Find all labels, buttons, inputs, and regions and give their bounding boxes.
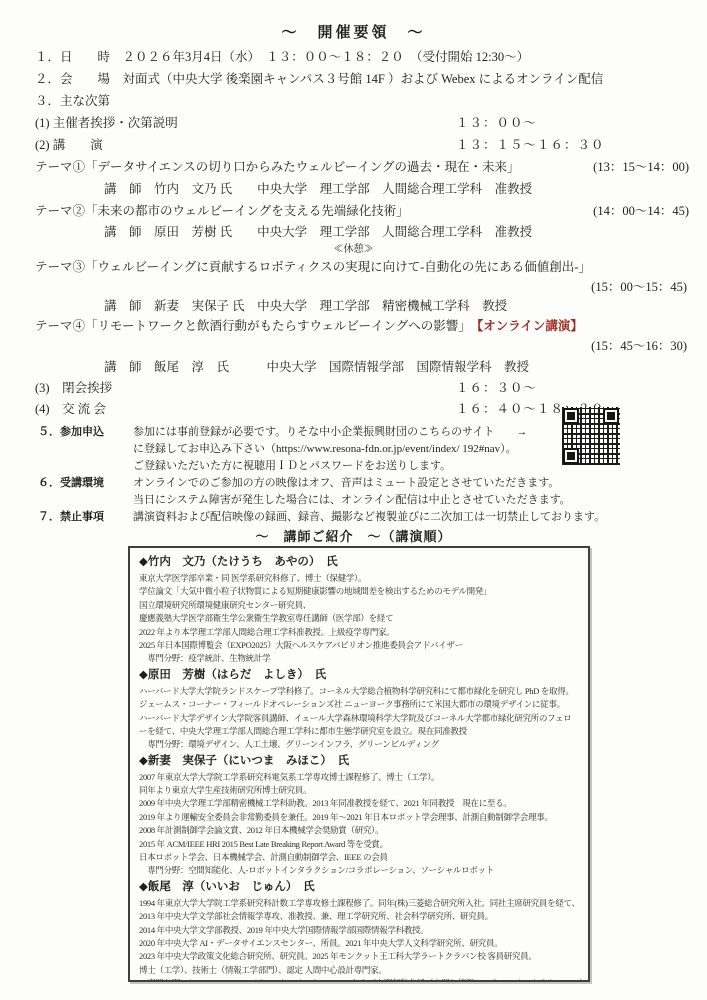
viewing-environment-label: ６．受講環境 bbox=[38, 475, 133, 492]
venue-row: ２．会 場 対面式（中央大学 後楽園キャンパス３号館 14F ）および Webe… bbox=[0, 68, 707, 90]
theme-2-row: テーマ②「未来の都市のウェルビーイングを支える先端緑化技術」 (14：00～14… bbox=[0, 200, 707, 222]
speaker-1-name: ◆竹内 文乃（たけうち あやの） 氏 bbox=[139, 553, 579, 572]
document-page: ～ 開催要領 ～ １．日 時 ２０２６年3月4日（水） １３：００～１８：２０ … bbox=[0, 0, 707, 1000]
speaker-1-bio-line: 専門分野：疫学統計、生物統計学 bbox=[139, 652, 579, 665]
page-title: ～ 開催要領 ～ bbox=[0, 0, 707, 46]
speaker-2-bio-line: ハーバード大学デザイン大学院客員講師、イェール大学森林環境科学大学院及びコーネル… bbox=[139, 712, 579, 725]
speaker-3-bio-line: 専門分野：空間知能化、人-ロボットインタラクション/コラボレーション、ソーシャル… bbox=[139, 864, 579, 877]
speaker-3-bio-line: 2015 年 ACM/IEEE HRI 2015 Best Late Break… bbox=[139, 838, 579, 851]
viewing-environment-note: ６．受講環境 オンラインでのご参加の方の映像はオフ、音声はミュート設定とさせてい… bbox=[0, 475, 707, 492]
speaker-4-bio-line: 専門分野：ヒューマン・コンピュータ・インタフェースおよび人間行動分析（人間と情報… bbox=[139, 977, 579, 982]
speaker-4-bio-line: 2023 年中央大学政策文化総合研究所、研究員。2025 年モンクット王工科大学… bbox=[139, 950, 579, 963]
speaker-1-bio-line: 2025 年日本国際博覧会（EXPO2025）大阪ヘルスケアパビリオン推進委員会… bbox=[139, 639, 579, 652]
venue-value: 対面式（中央大学 後楽園キャンパス３号館 14F ）および Webex によるオ… bbox=[123, 72, 604, 86]
speaker-bio-box: ◆竹内 文乃（たけうち あやの） 氏 東京大学医学部卒業・同 医学系研究科修了、… bbox=[128, 546, 590, 982]
speaker-2-bio-line: ハーバード大学大学院ランドスケープ学科修了。コーネル大学総合植物科学研究科にて都… bbox=[139, 685, 579, 698]
speaker-2-bio-line: 専門分野：環境デザイン、人工土壌、グリーンインフラ、グリーンビルディング bbox=[139, 738, 579, 751]
agenda-item-1-time: １３：００～ bbox=[456, 112, 537, 134]
speakers-heading-main: ～ 講師ご紹介 ～ bbox=[255, 529, 381, 544]
speaker-1-bio-line: 学位論文「大気中微小粒子状物質による短期健康影響の地域間差を検出するためのモデル… bbox=[139, 585, 579, 598]
prohibited-items-label: ７．禁止事項 bbox=[38, 509, 133, 526]
date-value: ２０２６年3月4日（水） １３：００～１８：２０ （受付開始 12:30～） bbox=[123, 50, 530, 64]
speaker-4-bio-line: 2020 年中央大学 AI・データサイエンスセンター、所員。2021 年中央大学… bbox=[139, 937, 579, 950]
speaker-3-bio-line: 同年より東京大学生産技術研究所博士研究員。 bbox=[139, 784, 579, 797]
theme-3-row: テーマ③「ウェルビーイングに貢献するロボティクスの実現に向けて-自動化の先にある… bbox=[0, 257, 707, 278]
theme-4-row: テーマ④「リモートワークと飲酒行動がもたらすウェルビーイングへの影響」 【オンラ… bbox=[0, 316, 707, 337]
speaker-3-bio-line: 2009 年中央大学理工学部精密機械工学科助教。2013 年同准教授を経て、20… bbox=[139, 797, 579, 810]
theme-1-row: テーマ①「データサイエンスの切り口からみたウェルビーイングの過去・現在・未来」 … bbox=[0, 156, 707, 178]
agenda-item-3-label: (3) 閉会挨拶 bbox=[35, 381, 112, 395]
date-label: １．日 時 bbox=[35, 50, 110, 64]
theme-2-time: (14：00～14：45) bbox=[593, 200, 689, 222]
theme-1-title: テーマ①「データサイエンスの切り口からみたウェルビーイングの過去・現在・未来」 bbox=[35, 160, 520, 174]
speaker-2-bio-line: ジェームス・コーナー・フィールドオペレーションズ社 ニューヨーク事務所にて米国大… bbox=[139, 698, 579, 711]
venue-label: ２．会 場 bbox=[35, 72, 110, 86]
agenda-item-3: (3) 閉会挨拶 １６：３０～ bbox=[0, 378, 707, 399]
date-row: １．日 時 ２０２６年3月4日（水） １３：００～１８：２０ （受付開始 12:… bbox=[0, 46, 707, 68]
agenda-heading: ３．主な次第 bbox=[0, 90, 707, 112]
agenda-item-4-label: (4) 交 流 会 bbox=[35, 402, 106, 416]
break-label: ≪休憩≫ bbox=[0, 243, 707, 257]
speaker-1-bio-line: 東京大学医学部卒業・同 医学系研究科修了、博士（保健学）。 bbox=[139, 572, 579, 585]
speaker-1-bio-line: 国立環境研究所環境健康研究センター研究員、 bbox=[139, 599, 579, 612]
speaker-4-bio-line: 2013 年中央大学文学部社会情報学専攻、准教授、兼、理工学研究所、社会科学研究… bbox=[139, 910, 579, 923]
qr-finder-icon bbox=[563, 448, 579, 464]
viewing-environment-line-1: オンラインでのご参加の方の映像はオフ、音声はミュート設定とさせていただきます。 bbox=[133, 475, 707, 492]
registration-qr-code-icon bbox=[562, 407, 620, 465]
speaker-4-bio-line: 1994 年東京大学大学院工学系研究科計数工学専攻修士課程修了。同年(株)三菱総… bbox=[139, 897, 579, 910]
speaker-4-bio-line: 2014 年中央大学文学部教授、2019 年中央大学国際情報学部国際情報学科教授… bbox=[139, 924, 579, 937]
theme-4-speaker: 講 師 飯尾 淳 氏 中央大学 国際情報学部 国際情報学科 教授 bbox=[0, 356, 707, 378]
viewing-environment-line-2: 当日にシステム障害が発生した場合には、オンライン配信は中止とさせていただきます。 bbox=[0, 492, 707, 509]
speaker-3-bio-line: 日本ロボット学会、日本機械学会、計測自動制御学会、IEEE の会員 bbox=[139, 851, 579, 864]
speakers-heading-order-note: （講演順） bbox=[382, 529, 452, 544]
theme-3-time: (15：00～15：45) bbox=[0, 278, 707, 297]
speaker-1-bio-line: 慶應義塾大学医学部衛生学公衆衛生学教室専任講師（医学部）を経て bbox=[139, 612, 579, 625]
theme-4-time: (15：45～16：30) bbox=[0, 337, 707, 356]
speaker-4-bio-line: 博士（工学）、技術士（情報工学部門）、認定 人間中心設計専門家。 bbox=[139, 964, 579, 977]
theme-2-title: テーマ②「未来の都市のウェルビーイングを支える先端緑化技術」 bbox=[35, 204, 409, 218]
prohibited-items-line-1: 講演資料および配信映像の録画、録音、撮影など複製並びに二次加工は一切禁止しており… bbox=[133, 509, 707, 526]
agenda-item-1-label: (1) 主催者挨拶・次第説明 bbox=[35, 116, 178, 130]
speaker-4-name: ◆飯尾 淳（いいお じゅん） 氏 bbox=[139, 878, 579, 897]
speaker-2-bio-line: ーを経て、中央大学理工学部人間総合理工学科に都市生態学研究室を設立。現在同准教授 bbox=[139, 725, 579, 738]
speaker-2-name: ◆原田 芳樹（はらだ よしき） 氏 bbox=[139, 666, 579, 685]
agenda-item-1: (1) 主催者挨拶・次第説明 １３：００～ bbox=[0, 112, 707, 134]
theme-4-title: テーマ④「リモートワークと飲酒行動がもたらすウェルビーイングへの影響」 bbox=[35, 319, 465, 333]
theme-2-speaker: 講 師 原田 芳樹 氏 中央大学 理工学部 人間総合理工学科 准教授 bbox=[0, 222, 707, 243]
registration-label: ５．参加申込 bbox=[38, 424, 133, 441]
speakers-section-heading: ～ 講師ご紹介 ～（講演順） bbox=[0, 528, 707, 546]
agenda-item-2-time: １３：１５～１６：３０ bbox=[456, 134, 605, 156]
speaker-3-bio-line: 2019 年より運輸安全委員会非常勤委員を兼任。2019 年～2021 年日本ロ… bbox=[139, 811, 579, 824]
theme-1-time: (13：15～14：00) bbox=[593, 156, 689, 178]
speaker-3-bio-line: 2007 年東京大学大学院工学系研究科電気系工学専攻博士課程修了、博士（工学）。 bbox=[139, 771, 579, 784]
speaker-1-bio-line: 2022 年より本学理工学部人間総合理工学科准教授。上級疫学専門家。 bbox=[139, 626, 579, 639]
speaker-3-bio-line: 2008 年計測制御学会論文賞、2012 年日本機械学会奨励賞（研究）。 bbox=[139, 824, 579, 837]
prohibited-items-note: ７．禁止事項 講演資料および配信映像の録画、録音、撮影など複製並びに二次加工は一… bbox=[0, 509, 707, 526]
agenda-item-2-label: (2) 講 演 bbox=[35, 138, 103, 152]
registration-line-1: 参加には事前登録が必要です。りそな中小企業振興財団のこちらのサイト → bbox=[133, 424, 707, 441]
online-lecture-badge: 【オンライン講演】 bbox=[477, 319, 583, 333]
speaker-3-name: ◆新妻 実保子（にいつま みほこ） 氏 bbox=[139, 752, 579, 771]
agenda-item-3-time: １６：３０～ bbox=[456, 378, 537, 399]
theme-1-speaker: 講 師 竹内 文乃 氏 中央大学 理工学部 人間総合理工学科 准教授 bbox=[0, 178, 707, 200]
agenda-item-2: (2) 講 演 １３：１５～１６：３０ bbox=[0, 134, 707, 156]
theme-3-speaker: 講 師 新妻 実保子 氏 中央大学 理工学部 精密機械工学科 教授 bbox=[0, 297, 707, 316]
